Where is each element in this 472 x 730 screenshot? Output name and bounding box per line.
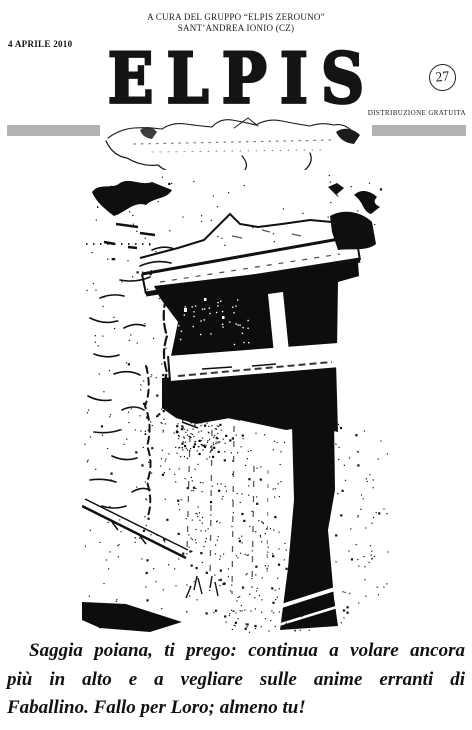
- door-planks: [182, 416, 276, 598]
- ridge-sketch: [104, 110, 372, 170]
- cover-photo: [82, 170, 392, 640]
- caption-line: Saggia poiana, ti prego: continua a vola…: [7, 637, 465, 666]
- wall-top-edge: [140, 214, 332, 258]
- masthead-title: ELPIS: [0, 46, 472, 113]
- distribution-note: DISTRIBUZIONE GRATUITA: [368, 109, 466, 117]
- right-divider-bar: [372, 125, 466, 136]
- location-line: SANT’ANDREA IONIO (CZ): [0, 23, 472, 33]
- bottom-rubble: [82, 602, 182, 632]
- fallen-beam: [82, 499, 188, 558]
- issue-number: 27: [435, 69, 450, 85]
- caption-line: Faballino. Fallo per Loro; almeno tu!: [7, 694, 465, 723]
- right-corner-stones: [330, 212, 376, 250]
- left-divider-bar: [7, 125, 100, 136]
- caption: Saggia poiana, ti prego: continua a vola…: [7, 637, 465, 723]
- newsletter-front-page: A CURA DEL GRUPPO “ELPIS ZEROUNO” SANT’A…: [0, 0, 472, 730]
- caption-line: più in alto e a vegliare sulle anime err…: [7, 666, 465, 695]
- curatorship-line: A CURA DEL GRUPPO “ELPIS ZEROUNO”: [0, 12, 472, 22]
